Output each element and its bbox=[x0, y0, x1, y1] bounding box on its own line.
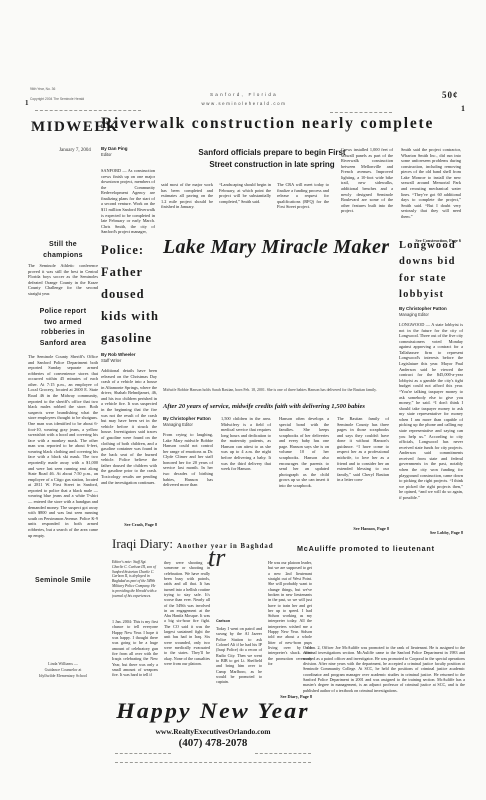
miracle-jump-line: See Hanson, Page 8 bbox=[337, 526, 389, 531]
lead-byline-title: Editor bbox=[101, 152, 155, 157]
scan-artifact-tr: tr bbox=[208, 543, 225, 573]
police-byline: By Rob Wheeler Staff Writer bbox=[101, 352, 157, 363]
longwood-jump-line: See Lobby, Page 8 bbox=[399, 530, 463, 535]
folio-line1: 96th Year, No. 36 bbox=[30, 87, 55, 91]
police-byline-title: Staff Writer bbox=[101, 358, 157, 363]
realty-ad: Happy New Year www.RealtyExecutivesOrlan… bbox=[115, 698, 311, 749]
diary-column-2: they were shooting at someone or shootin… bbox=[164, 560, 210, 706]
lead-byline: By Dan Ping Editor bbox=[101, 146, 155, 157]
price-label: 50¢ bbox=[442, 90, 459, 100]
newspaper-front-page: 96th Year, No. 36 Copyright 2004 The Sem… bbox=[0, 0, 486, 800]
diary-column-3: Today I went on patrol and swung by the … bbox=[216, 626, 262, 706]
location-line: Sanford, Florida bbox=[168, 92, 320, 97]
police-jump-line: See Crash, Page 8 bbox=[101, 522, 157, 527]
seminole-smile-title: Seminole Smile bbox=[28, 576, 98, 587]
mcauliffe-body: On Jan. 2, Officer Joe McAuliffe was pro… bbox=[303, 645, 465, 711]
miracle-subhead: After 20 years of service, midwife credi… bbox=[163, 403, 392, 410]
mcauliffe-photo bbox=[310, 556, 460, 640]
edge-mark-right: 1 bbox=[461, 104, 465, 113]
ad-headline: Happy New Year bbox=[107, 698, 319, 724]
folio-info: 96th Year, No. 36 Copyright 2004 The Sem… bbox=[30, 87, 140, 102]
dashed-rule bbox=[255, 753, 311, 754]
edge-mark-left: 1 bbox=[25, 99, 29, 107]
diary-title-prefix: Iraqi Diary: bbox=[112, 536, 173, 551]
midwife-photo bbox=[163, 262, 392, 386]
miracle-column-1: From crying to laughing, Lake Mary midwi… bbox=[163, 432, 213, 538]
longwood-byline-title: Managing Editor bbox=[399, 312, 463, 317]
lead-column-6: Smith said the project contractor, Whart… bbox=[401, 147, 461, 237]
miracle-column-4: The Bastian family of Seminole County ha… bbox=[337, 416, 389, 524]
miracle-column-3: Hanson often develops a special bond wit… bbox=[279, 416, 329, 538]
miracle-title: Lake Mary Miracle Maker bbox=[163, 236, 393, 259]
carlson-photo bbox=[216, 576, 262, 616]
seminole-smile-caption: Linda Williams — Guidance Counselor at I… bbox=[28, 661, 98, 679]
robberies-body: The Seminole County Sheriff's Office and… bbox=[28, 354, 98, 572]
ad-phone: (407) 478-2078 bbox=[115, 737, 311, 749]
police-body: Additional details have been released on… bbox=[101, 368, 157, 520]
longwood-headline: Longwood downs bid for state lobbyist bbox=[399, 238, 465, 303]
champions-body: The Seminole Athletic conference proved … bbox=[28, 263, 98, 305]
miracle-column-2: 1,500 children in the area. Midwifery is… bbox=[221, 416, 271, 538]
miracle-byline: By Christopher Patton Managing Editor bbox=[163, 416, 215, 427]
diary-column-4: He was our platoon leader, but we are su… bbox=[268, 560, 312, 692]
miracle-caption: Midwife Bobbie Hanson holds Sarah Bastia… bbox=[163, 388, 392, 393]
carlson-photo-label: Carlson bbox=[216, 619, 262, 623]
dashed-rule bbox=[115, 762, 311, 763]
dashed-rule bbox=[35, 110, 141, 111]
ad-website: www.RealtyExecutivesOrlando.com bbox=[115, 727, 311, 736]
folio-line2: Copyright 2004 The Seminole Herald bbox=[30, 97, 84, 101]
lead-headline: Riverwalk construction nearly complete bbox=[101, 115, 475, 133]
champions-title: Still the champions bbox=[28, 240, 98, 261]
police-headline: Police: Father doused kids with gasoline bbox=[101, 240, 159, 349]
diary-column-1: 1 Jan. 2004: This is my first chance to … bbox=[112, 619, 158, 707]
longwood-byline: By Christopher Patton Managing Editor bbox=[399, 306, 463, 317]
dashed-rule bbox=[330, 112, 392, 113]
miracle-byline-title: Managing Editor bbox=[163, 422, 215, 427]
robberies-title: Police report two armed robberies in San… bbox=[28, 307, 98, 349]
header-center: Sanford, Florida www.seminoleherald.com bbox=[168, 92, 320, 106]
mcauliffe-headline: McAuliffe promoted to lieutenant bbox=[297, 544, 467, 553]
diary-headline: Iraqi Diary: Another year in Baghdad bbox=[112, 535, 302, 553]
longwood-body: LONGWOOD — A state lobbyist is not in th… bbox=[399, 322, 463, 528]
dashed-rule bbox=[115, 753, 171, 754]
website-line: www.seminoleherald.com bbox=[168, 101, 320, 106]
diary-editors-note: Editor's note: Staff Sgt. Charlie C. Car… bbox=[112, 560, 158, 616]
lead-column-1: SANFORD — As construction crews finish u… bbox=[101, 168, 155, 246]
miracle-byline-name: By Christopher Patton bbox=[163, 416, 215, 422]
seminole-smile-photo bbox=[28, 590, 98, 658]
lead-column-5: Crews installed 1,000 feet of seawall pa… bbox=[341, 147, 393, 245]
